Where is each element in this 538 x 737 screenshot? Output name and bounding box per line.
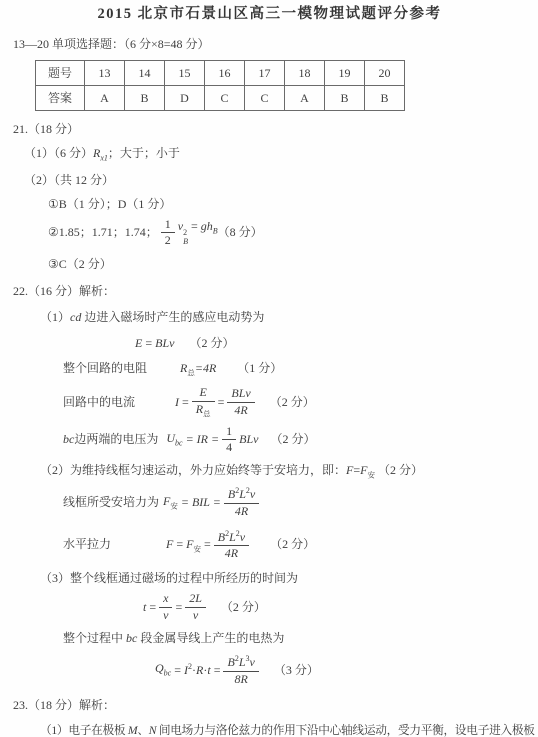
time-formula-score: （2 分）	[221, 600, 266, 615]
q23-para-1-prefix: （1）电子在极板	[40, 724, 128, 737]
resistance-label: 整个回路的电阻	[63, 361, 147, 375]
exam-title: 2015 北京市石景山区高三一模物理试题评分参考	[13, 5, 526, 23]
table-row-question-numbers: 题号 13 14 15 16 17 18 19 20	[36, 61, 405, 86]
row-label-number: 题号	[36, 61, 85, 86]
question-number-cell: 19	[325, 61, 365, 86]
q22-para-1: （1）cd 边进入磁场时产生的感应电动势为	[40, 310, 526, 325]
q22-heading: 22.（16 分）解析：	[13, 284, 526, 299]
total-resistance-formula: R总=4R	[180, 361, 216, 375]
pulling-force-formula: F = F安 = B2L2v 4R	[166, 529, 252, 562]
q22-para-1-tail: 边进入磁场时产生的感应电动势为	[81, 310, 264, 324]
fraction-B2L3v-over-8R: B2L3v 8R	[223, 654, 258, 687]
question-number-cell: 14	[125, 61, 165, 86]
plate-M-symbol: M	[128, 724, 137, 737]
answer-table: 题号 13 14 15 16 17 18 19 20 答案 A B D C C …	[35, 60, 405, 111]
answer-cell: C	[245, 86, 285, 111]
resistance-symbol: Rx1	[93, 146, 108, 160]
question-number-cell: 15	[165, 61, 205, 86]
bc-segment-symbol: bc	[126, 631, 137, 645]
fraction-B2L2v-over-4R: B2L2v 4R	[224, 486, 259, 519]
q23-para-1-separator: 、	[137, 724, 148, 737]
answer-cell: A	[85, 86, 125, 111]
heat-formula: Qbc = I2·R·t = B2L3v 8R （3 分）	[155, 654, 526, 687]
q21-sub3: ③C（2 分）	[48, 257, 526, 272]
heat-para-prefix: 整个过程中	[63, 631, 126, 645]
resistance-line: 整个回路的电阻 R总=4R （1 分）	[63, 361, 526, 378]
q21-part2: （2）（共 12 分）	[24, 173, 526, 188]
time-para: （3）整个线框通过磁场的过程中所经历的时间为	[40, 571, 526, 586]
q21-part1-prefix: （1）（6 分）	[24, 146, 93, 160]
q23-para-1-tail: 间电场力与洛伦兹力的作用下沿中心轴线运动，受力平衡，设电子进入极板	[156, 724, 534, 737]
q21-part1: （1）（6 分）Rx1；大于；小于	[24, 146, 526, 163]
question-number-cell: 17	[245, 61, 285, 86]
pulling-force-line: 水平拉力 F = F安 = B2L2v 4R （2 分）	[63, 529, 526, 562]
fraction-one-half: 1 2	[161, 218, 175, 249]
force-equality: F=F安	[346, 463, 375, 477]
current-formula: I = E R总 = BLv 4R	[175, 386, 258, 419]
cd-edge-symbol: cd	[70, 310, 81, 324]
fraction-x-over-v: x v	[159, 592, 172, 623]
q22-para-1-prefix: （1）	[40, 310, 70, 324]
row-label-answer: 答案	[36, 86, 85, 111]
question-number-cell: 13	[85, 61, 125, 86]
force-balance-score: （2 分）	[378, 463, 423, 477]
fraction-B2L2v-over-4R: B2L2v 4R	[214, 529, 249, 562]
heat-para-tail: 段金属导线上产生的电热为	[137, 631, 284, 645]
answer-cell: B	[325, 86, 365, 111]
question-number-cell: 18	[285, 61, 325, 86]
answer-cell: D	[165, 86, 205, 111]
emf-formula: E = BLv （2 分）	[135, 336, 526, 351]
voltage-label: 边两端的电压为	[74, 432, 158, 447]
fraction-2L-over-v: 2L v	[185, 592, 206, 623]
force-balance-text: （2）为维持线框匀速运动，外力应始终等于安培力，即：	[40, 463, 346, 477]
question-number-cell: 16	[205, 61, 245, 86]
q23-para-1: （1）电子在极板 M、N 间电场力与洛伦兹力的作用下沿中心轴线运动，受力平衡，设…	[40, 724, 526, 737]
q21-part1-answers: ；大于；小于	[108, 146, 180, 160]
answer-cell: B	[125, 86, 165, 111]
q23-heading: 23.（18 分）解析：	[13, 698, 526, 713]
heat-para: 整个过程中 bc 段金属导线上产生的电热为	[63, 631, 526, 646]
current-line: 回路中的电流 I = E R总 = BLv 4R （2 分）	[63, 386, 526, 419]
pulling-force-score: （2 分）	[270, 537, 315, 552]
current-label: 回路中的电流	[63, 395, 135, 410]
q21-sub2-score: （8 分）	[218, 225, 263, 240]
fraction-E-over-R: E R总	[192, 386, 215, 419]
current-score: （2 分）	[270, 395, 315, 410]
heat-formula-score: （3 分）	[274, 663, 319, 678]
document-page: 2015 北京市石景山区高三一模物理试题评分参考 13—20 单项选择题：（6 …	[0, 0, 538, 737]
bc-edge-symbol: bc	[63, 432, 74, 447]
fraction-BLv-over-4R: BLv 4R	[227, 387, 254, 418]
answer-cell: B	[365, 86, 405, 111]
emf-formula-score: （2 分）	[189, 336, 234, 350]
q21-sub2-values: ②1.85；1.71；1.74；	[48, 225, 158, 240]
ampere-force-formula: F安 = BIL = B2L2v 4R	[163, 486, 262, 519]
q21-sub2: ②1.85；1.71；1.74； 1 2 v2B = ghB （8 分）	[48, 218, 526, 249]
answer-cell: C	[205, 86, 245, 111]
kinetic-energy-formula: v2B = ghB	[178, 219, 218, 246]
q21-sub1: ①B（1 分）；D（1 分）	[48, 197, 526, 212]
voltage-formula: Ubc = IR = 1 4 BLv	[166, 425, 258, 456]
choice-section-heading: 13—20 单项选择题：（6 分×8=48 分）	[13, 37, 526, 52]
time-formula: t = x v = 2L v （2 分）	[143, 592, 526, 623]
ampere-force-label: 线框所受安培力为	[63, 495, 159, 510]
voltage-score: （2 分）	[270, 432, 315, 447]
resistance-score: （1 分）	[237, 361, 282, 375]
voltage-line: bc 边两端的电压为 Ubc = IR = 1 4 BLv （2 分）	[63, 425, 526, 456]
force-balance-line: （2）为维持线框匀速运动，外力应始终等于安培力，即：F=F安 （2 分）	[40, 463, 526, 480]
answer-cell: A	[285, 86, 325, 111]
question-number-cell: 20	[365, 61, 405, 86]
pulling-force-label: 水平拉力	[63, 537, 111, 552]
table-row-answers: 答案 A B D C C A B B	[36, 86, 405, 111]
ampere-force-line: 线框所受安培力为 F安 = BIL = B2L2v 4R	[63, 486, 526, 519]
fraction-one-quarter: 1 4	[222, 425, 236, 456]
q21-heading: 21.（18 分）	[13, 122, 526, 137]
